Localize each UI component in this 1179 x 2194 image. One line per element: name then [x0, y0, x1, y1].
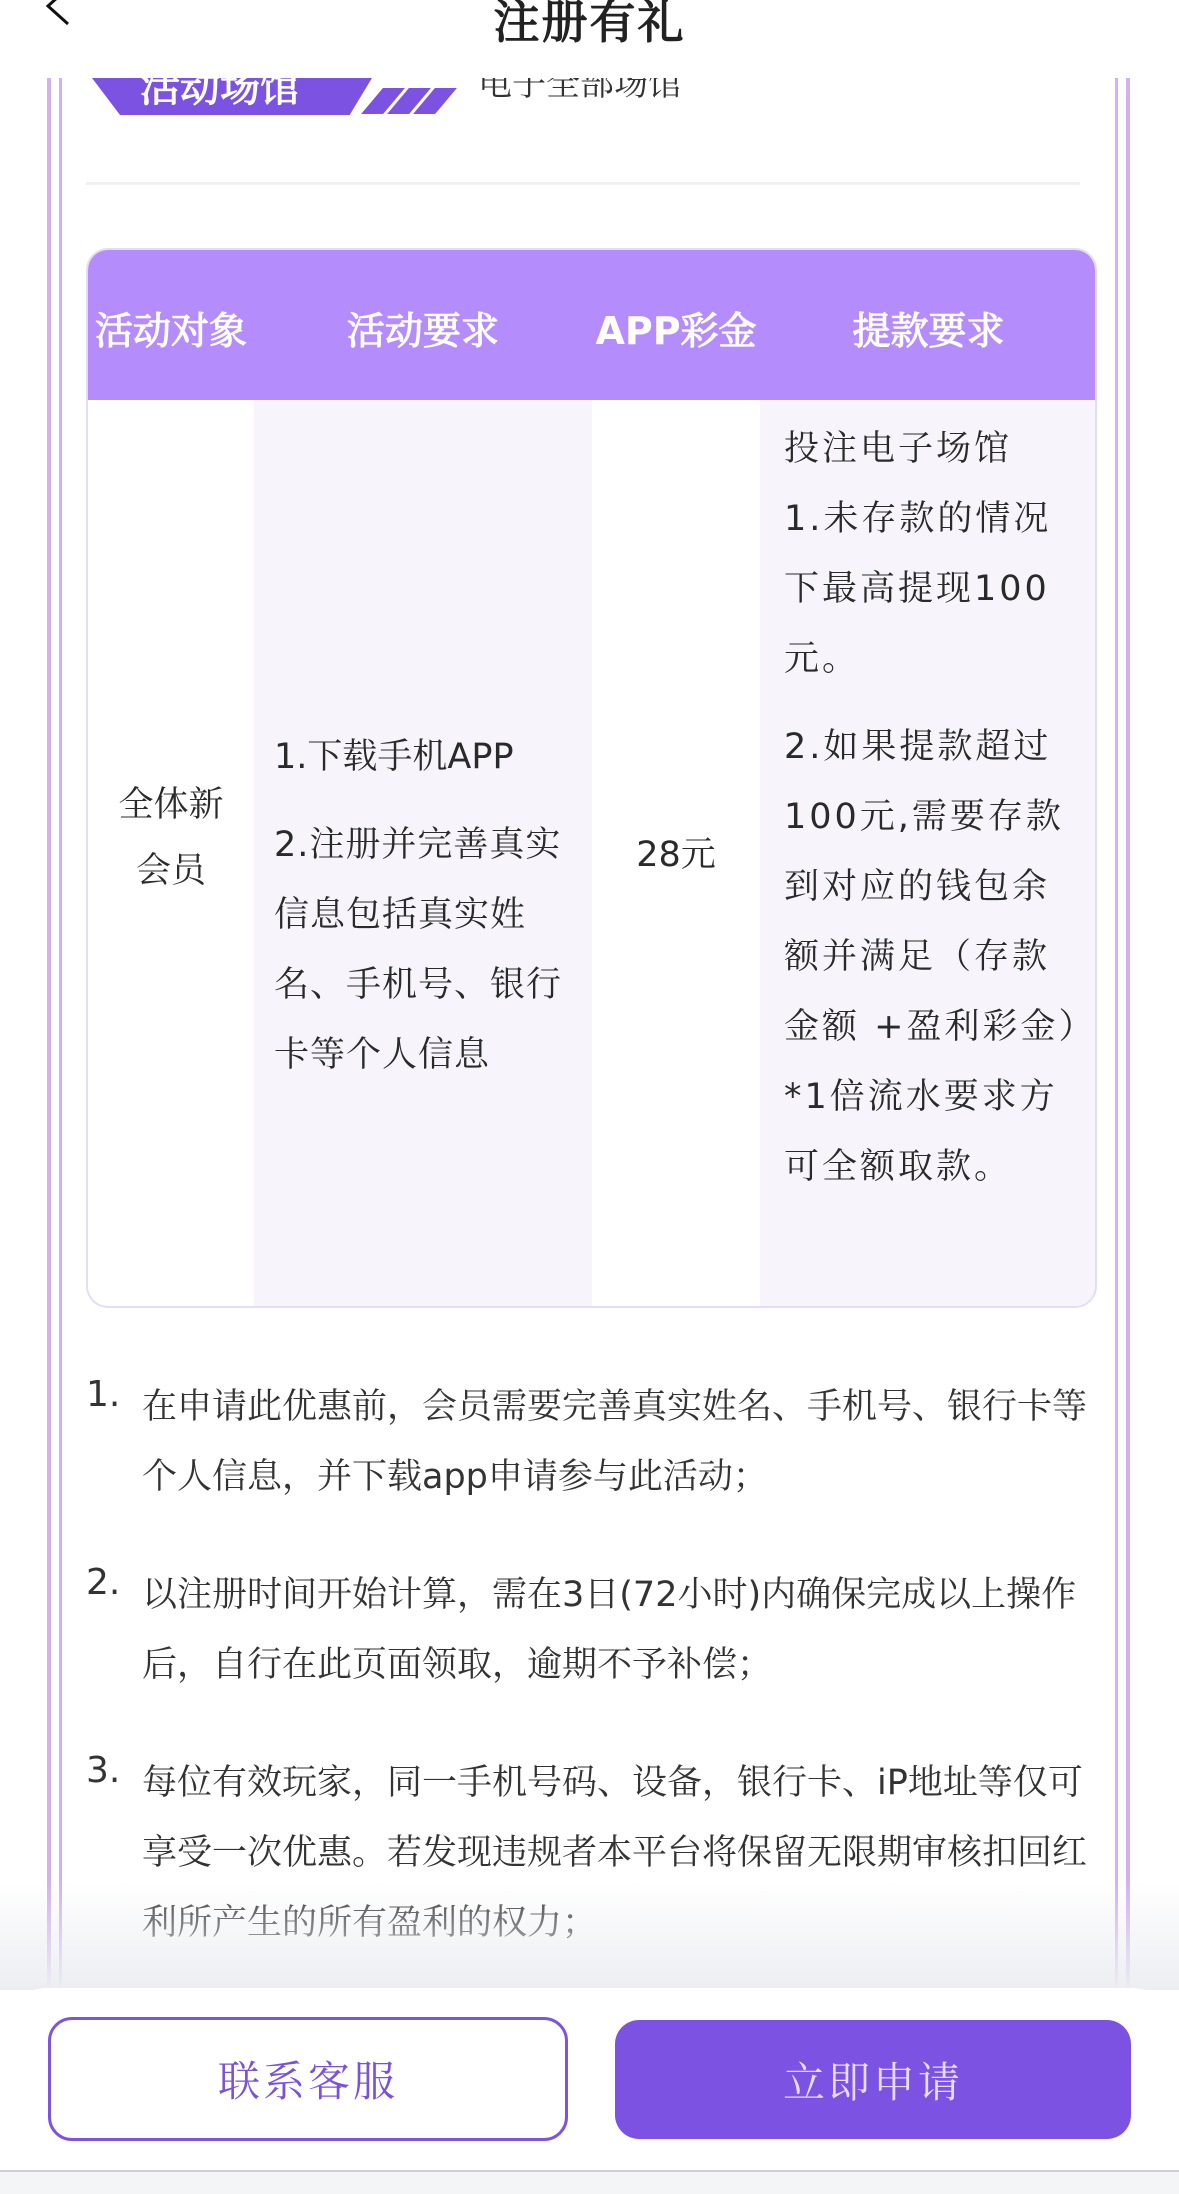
card-border-inner-left — [59, 78, 62, 2018]
cell-requirements: 1.下载手机APP 2.注册并完善真实信息包括真实姓名、手机号、银行卡等个人信息 — [254, 722, 592, 1090]
list-item: 1. 在申请此优惠前，会员需要完善真实姓名、手机号、银行卡等个人信息，并下载ap… — [86, 1372, 1096, 1512]
activity-venue-badge: 活动场馆 — [92, 78, 372, 115]
top-nav-bar: 注册有礼 — [0, 0, 1179, 78]
table-header: 活动对象 活动要求 APP彩金 提款要求 — [88, 250, 1095, 400]
list-item: 2. 以注册时间开始计算，需在3日(72小时)内确保完成以上操作后，自行在此页面… — [86, 1560, 1096, 1700]
cell-withdrawal: 投注电子场馆 1.未存款的情况下最高提现100元。 2.如果提款超过100元,需… — [760, 414, 1097, 1202]
apply-now-button[interactable]: 立即申请 — [615, 2020, 1131, 2139]
page-title: 注册有礼 — [0, 0, 1179, 52]
table-row: 全体新 会员 — [88, 400, 254, 1306]
card-border-outer-left — [47, 78, 51, 2018]
action-footer: 联系客服 立即申请 — [0, 1988, 1179, 2170]
cell-target: 全体新 会员 — [88, 770, 254, 906]
card-border-outer-right — [1126, 78, 1130, 2018]
section-divider — [86, 182, 1080, 185]
th-withdrawal: 提款要求 — [760, 300, 1097, 355]
badge-label: 活动场馆 — [140, 78, 300, 111]
cell-bonus: 28元 — [592, 820, 760, 890]
promo-table: 活动对象 活动要求 APP彩金 提款要求 全体新 会员 1.下载手机APP 2.… — [86, 248, 1097, 1308]
th-target: 活动对象 — [88, 300, 254, 355]
th-requirements: 活动要求 — [254, 300, 592, 355]
contact-support-button[interactable]: 联系客服 — [48, 2017, 568, 2141]
scroll-fade — [0, 1880, 1179, 1990]
th-bonus: APP彩金 — [592, 300, 760, 355]
home-indicator-bar — [0, 2170, 1179, 2194]
card-border-inner-right — [1115, 78, 1118, 2018]
